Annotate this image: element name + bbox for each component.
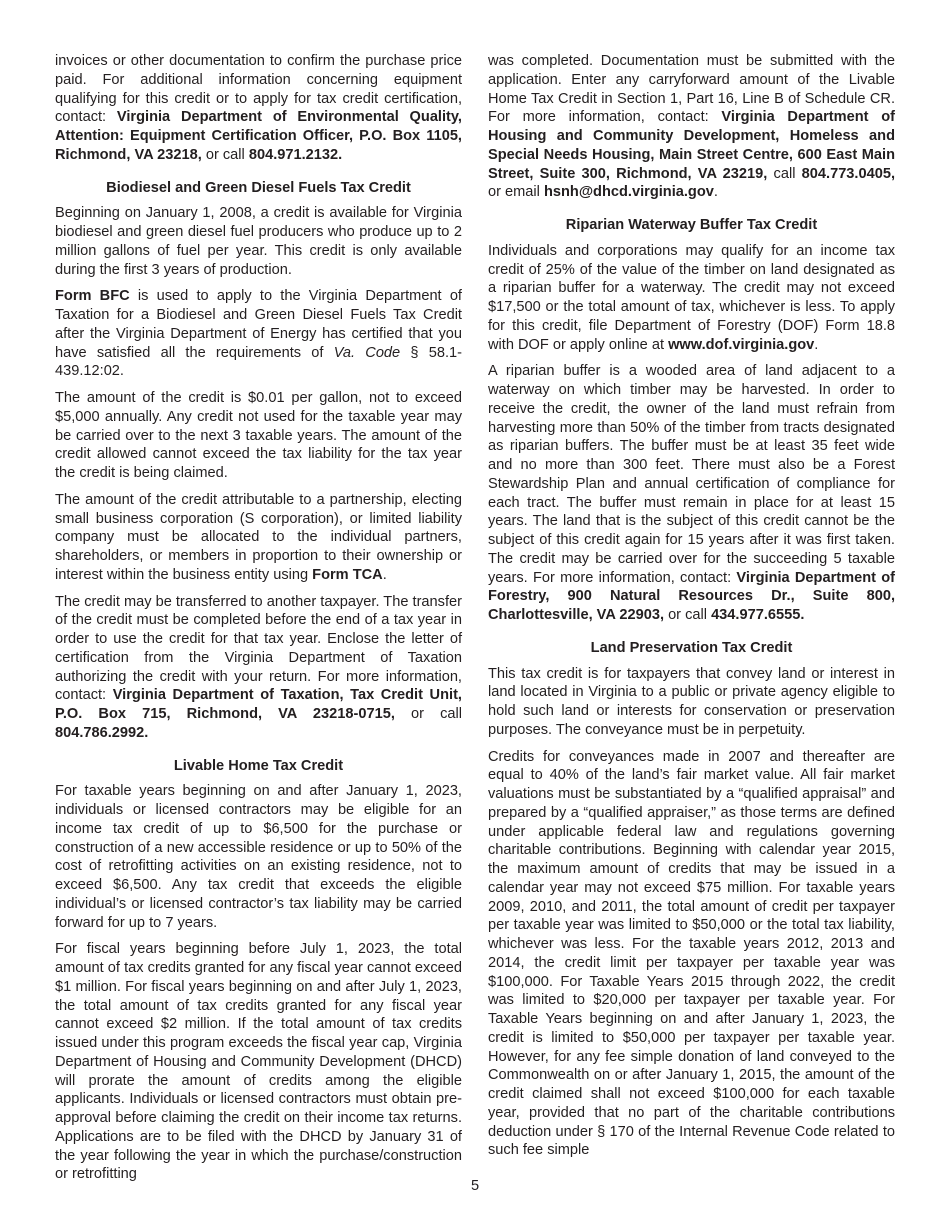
paragraph: The amount of the credit is $0.01 per ga…	[55, 389, 462, 483]
right-column: was completed. Documentation must be sub…	[488, 52, 895, 1168]
paragraph: A riparian buffer is a wooded area of la…	[488, 362, 895, 625]
section-heading-biodiesel: Biodiesel and Green Diesel Fuels Tax Cre…	[55, 179, 462, 198]
website-url: www.dof.virginia.gov	[668, 337, 814, 353]
paragraph: This tax credit is for taxpayers that co…	[488, 665, 895, 740]
text: .	[714, 184, 718, 200]
phone-number: 434.977.6555.	[711, 607, 804, 623]
text: .	[383, 567, 387, 583]
paragraph: The credit may be transferred to another…	[55, 593, 462, 743]
text: or email	[488, 184, 544, 200]
text: or call	[395, 706, 462, 722]
form-name: Form TCA	[312, 567, 383, 583]
paragraph: Beginning on January 1, 2008, a credit i…	[55, 204, 462, 279]
text: The amount of the credit attributable to…	[55, 492, 462, 583]
code-citation: Va. Code	[334, 345, 400, 361]
section-heading-livable-home: Livable Home Tax Credit	[55, 757, 462, 776]
document-page: invoices or other documentation to confi…	[0, 0, 950, 1230]
text: or call	[202, 147, 249, 163]
phone-number: 804.786.2992.	[55, 725, 148, 741]
intro-paragraph: invoices or other documentation to confi…	[55, 52, 462, 165]
paragraph: was completed. Documentation must be sub…	[488, 52, 895, 202]
text: .	[814, 337, 818, 353]
text: call	[767, 166, 801, 182]
section-heading-riparian: Riparian Waterway Buffer Tax Credit	[488, 216, 895, 235]
paragraph: For taxable years beginning on and after…	[55, 782, 462, 932]
phone-number: 804.773.0405,	[802, 166, 895, 182]
paragraph: Individuals and corporations may qualify…	[488, 242, 895, 355]
form-name: Form BFC	[55, 288, 130, 304]
email-address: hsnh@dhcd.virginia.gov	[544, 184, 714, 200]
paragraph: For fiscal years beginning before July 1…	[55, 940, 462, 1184]
left-column: invoices or other documentation to confi…	[55, 52, 462, 1192]
section-heading-land-preservation: Land Preservation Tax Credit	[488, 639, 895, 658]
paragraph: Form BFC is used to apply to the Virgini…	[55, 287, 462, 381]
page-number: 5	[0, 1178, 950, 1194]
paragraph: Credits for conveyances made in 2007 and…	[488, 748, 895, 1161]
paragraph: The amount of the credit attributable to…	[55, 491, 462, 585]
text: or call	[664, 607, 711, 623]
phone-number: 804.971.2132.	[249, 147, 342, 163]
text: A riparian buffer is a wooded area of la…	[488, 363, 895, 585]
